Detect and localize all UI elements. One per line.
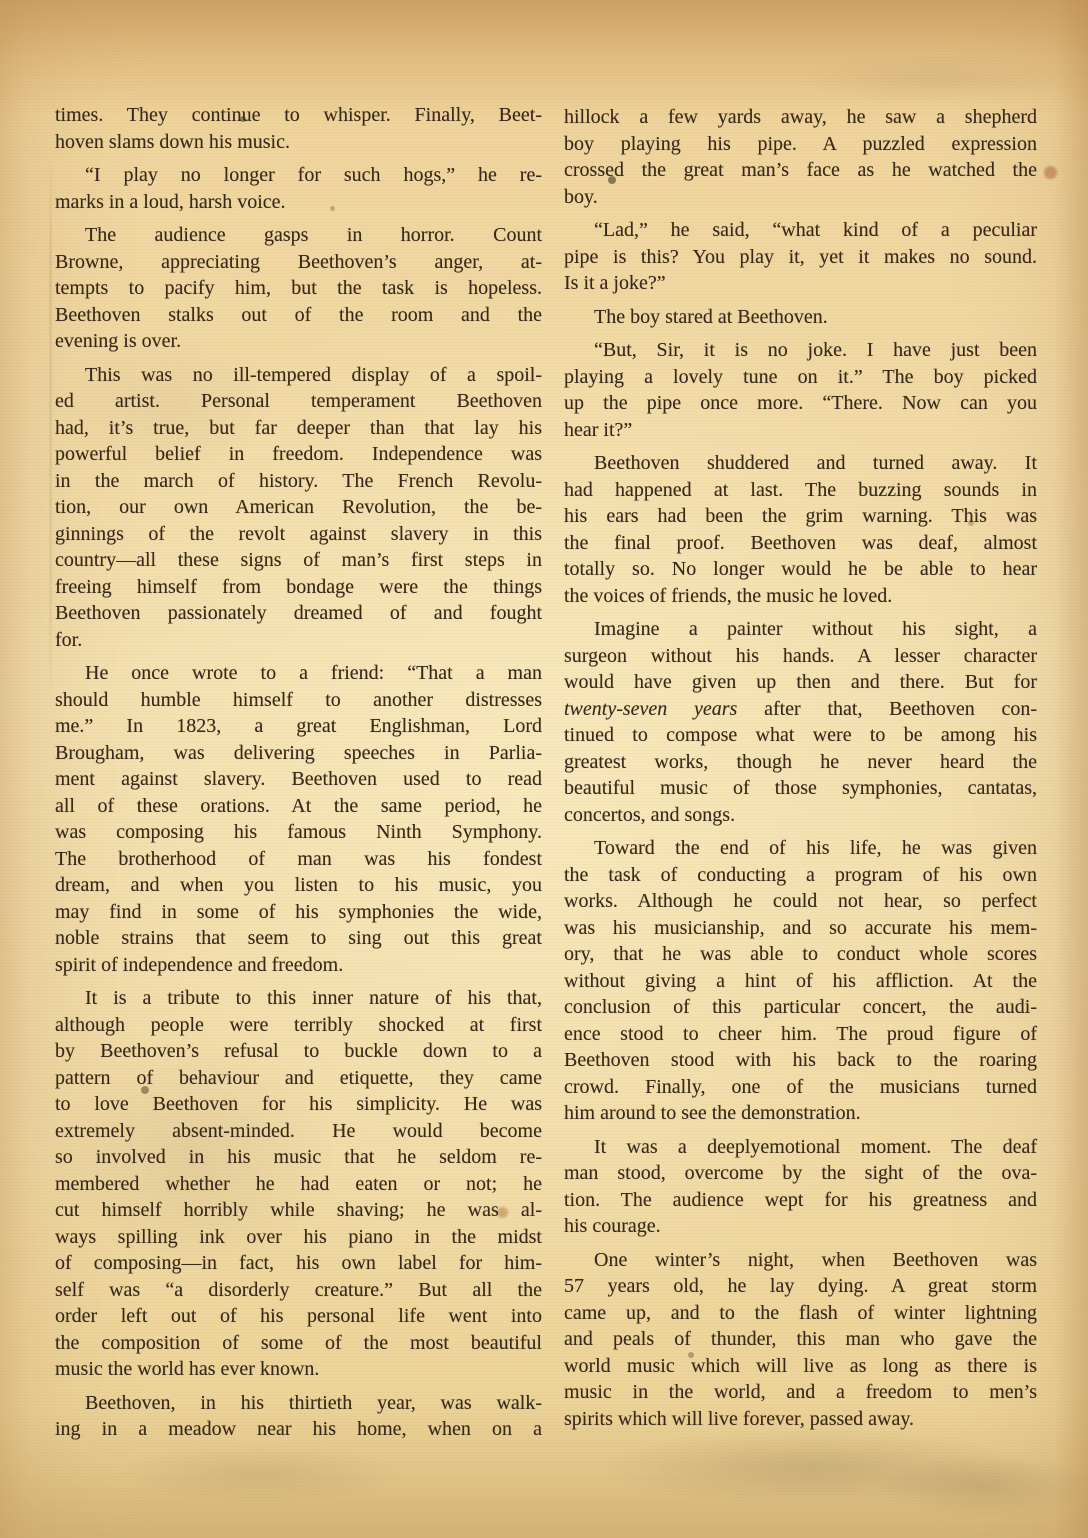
- text-line: music the world has ever known.: [55, 1356, 542, 1383]
- text-line: was his musicianship, and so accurate hi…: [564, 915, 1037, 942]
- text-line: his ears had been the grim warning. This…: [564, 503, 1037, 530]
- text-line: boy playing his pipe. A puzzled expressi…: [564, 131, 1037, 158]
- paragraph: Toward the end of his life, he was given…: [564, 835, 1037, 1127]
- text-line: order left out of his personal life went…: [55, 1303, 542, 1330]
- text-line: tempts to pacify him, but the task is ho…: [55, 275, 542, 302]
- text-line: greatest works, though he never heard th…: [564, 749, 1037, 776]
- text-line: him around to see the demonstration.: [564, 1100, 1037, 1127]
- text-line: This was no ill-tempered display of a sp…: [55, 362, 542, 389]
- paragraph: hillock a few yards away, he saw a sheph…: [564, 104, 1037, 210]
- text-line: to love Beethoven for his simplicity. He…: [55, 1091, 542, 1118]
- text-line: had, it’s true, but far deeper than that…: [55, 415, 542, 442]
- text-column-right: hillock a few yards away, he saw a sheph…: [564, 104, 1037, 1439]
- paragraph: Beethoven, in his thirtieth year, was wa…: [55, 1390, 542, 1443]
- text-line: crossed the great man’s face as he watch…: [564, 157, 1037, 184]
- text-line: spirits which will live forever, passed …: [564, 1406, 1037, 1433]
- paragraph: It was a deeplyemotional moment. The dea…: [564, 1134, 1037, 1240]
- text-line: membered whether he had eaten or not; he: [55, 1171, 542, 1198]
- text-line: 57 years old, he lay dying. A great stor…: [564, 1273, 1037, 1300]
- text-line: Beethoven shuddered and turned away. It: [564, 450, 1037, 477]
- paragraph: The boy stared at Beethoven.: [564, 304, 1037, 331]
- text-line: works. Although he could not hear, so pe…: [564, 888, 1037, 915]
- paragraph: times. They continue to whisper. Finally…: [55, 102, 542, 155]
- text-line: “But, Sir, it is no joke. I have just be…: [564, 337, 1037, 364]
- text-line: twenty-seven years after that, Beethoven…: [564, 696, 1037, 723]
- text-line: It is a tribute to this inner nature of …: [55, 985, 542, 1012]
- text-line: beautiful music of those symphonies, can…: [564, 775, 1037, 802]
- text-line: music in the world, and a freedom to men…: [564, 1379, 1037, 1406]
- paragraph: “But, Sir, it is no joke. I have just be…: [564, 337, 1037, 443]
- text-line: totally so. No longer would he be able t…: [564, 556, 1037, 583]
- text-line: was composing his famous Ninth Symphony.: [55, 819, 542, 846]
- text-line: Beethoven passionately dreamed of and fo…: [55, 600, 542, 627]
- text-line: playing a lovely tune on it.” The boy pi…: [564, 364, 1037, 391]
- text-line: The audience gasps in horror. Count: [55, 222, 542, 249]
- paper-stain: [800, 55, 1070, 105]
- text-line: the voices of friends, the music he love…: [564, 583, 1037, 610]
- text-line: country—all these signs of man’s first s…: [55, 547, 542, 574]
- text-line: hillock a few yards away, he saw a sheph…: [564, 104, 1037, 131]
- paragraph: Beethoven shuddered and turned away. Ith…: [564, 450, 1037, 609]
- paragraph: “Lad,” he said, “what kind of a peculiar…: [564, 217, 1037, 297]
- paragraph: It is a tribute to this inner nature of …: [55, 985, 542, 1383]
- text-line: Is it a joke?”: [564, 270, 1037, 297]
- text-line: the composition of some of the most beau…: [55, 1330, 542, 1357]
- text-line: man stood, overcome by the sight of the …: [564, 1160, 1037, 1187]
- text-line: tion. The audience wept for his greatnes…: [564, 1187, 1037, 1214]
- text-line: The brotherhood of man was his fondest: [55, 846, 542, 873]
- text-line: although people were terribly shocked at…: [55, 1012, 542, 1039]
- text-line: should humble himself to another distres…: [55, 687, 542, 714]
- text-line: Imagine a painter without his sight, a: [564, 616, 1037, 643]
- text-line: the task of conducting a program of his …: [564, 862, 1037, 889]
- text-line: would have given up then and there. But …: [564, 669, 1037, 696]
- text-line: marks in a loud, harsh voice.: [55, 189, 542, 216]
- text-line: cut himself horribly while shaving; he w…: [55, 1197, 542, 1224]
- text-line: me.” In 1823, a great Englishman, Lord: [55, 713, 542, 740]
- text-line: all of these orations. At the same perio…: [55, 793, 542, 820]
- text-line: ways spilling ink over his piano in the …: [55, 1224, 542, 1251]
- text-line: “Lad,” he said, “what kind of a peculiar: [564, 217, 1037, 244]
- paragraph: This was no ill-tempered display of a sp…: [55, 362, 542, 654]
- text-line: spirit of independence and freedom.: [55, 952, 542, 979]
- text-line: hoven slams down his music.: [55, 129, 542, 156]
- text-line: surgeon without his hands. A lesser char…: [564, 643, 1037, 670]
- text-line: Beethoven stood with his back to the roa…: [564, 1047, 1037, 1074]
- text-line: up the pipe once more. “There. Now can y…: [564, 390, 1037, 417]
- text-line: It was a deeplyemotional moment. The dea…: [564, 1134, 1037, 1161]
- text-line: pipe is this? You play it, yet it makes …: [564, 244, 1037, 271]
- text-line: world music which will live as long as t…: [564, 1353, 1037, 1380]
- text-line: Toward the end of his life, he was given: [564, 835, 1037, 862]
- text-line: powerful belief in freedom. Independence…: [55, 441, 542, 468]
- text-line: hear it?”: [564, 417, 1037, 444]
- text-line: dream, and when you listen to his music,…: [55, 872, 542, 899]
- magazine-text-page: times. They continue to whisper. Finally…: [0, 0, 1088, 1538]
- paragraph: One winter’s night, when Beethoven was57…: [564, 1247, 1037, 1433]
- text-line: ginnings of the revolt against slavery i…: [55, 521, 542, 548]
- text-line: freeing himself from bondage were the th…: [55, 574, 542, 601]
- text-line: self was “a disorderly creature.” But al…: [55, 1277, 542, 1304]
- paper-stain: [600, 1430, 1030, 1505]
- text-line: ory, that he was able to conduct whole s…: [564, 941, 1037, 968]
- text-line: may find in some of his symphonies the w…: [55, 899, 542, 926]
- paragraph: He once wrote to a friend: “That a mansh…: [55, 660, 542, 978]
- text-line: evening is over.: [55, 328, 542, 355]
- text-line: noble strains that seem to sing out this…: [55, 925, 542, 952]
- text-line: for.: [55, 627, 542, 654]
- text-line: “I play no longer for such hogs,” he re-: [55, 162, 542, 189]
- text-line: so involved in his music that he seldom …: [55, 1144, 542, 1171]
- text-line: and peals of thunder, this man who gave …: [564, 1326, 1037, 1353]
- text-line: Browne, appreciating Beethoven’s anger, …: [55, 249, 542, 276]
- paper-stain: [120, 1445, 400, 1503]
- text-line: The boy stared at Beethoven.: [564, 304, 1037, 331]
- paragraph: Imagine a painter without his sight, asu…: [564, 616, 1037, 828]
- text-line: Brougham, was delivering speeches in Par…: [55, 740, 542, 767]
- text-line: without giving a hint of his affliction.…: [564, 968, 1037, 995]
- text-line: He once wrote to a friend: “That a man: [55, 660, 542, 687]
- text-line: One winter’s night, when Beethoven was: [564, 1247, 1037, 1274]
- text-line: had happened at last. The buzzing sounds…: [564, 477, 1037, 504]
- red-speck: [1044, 166, 1057, 179]
- text-line: extremely absent-minded. He would become: [55, 1118, 542, 1145]
- text-line: Beethoven, in his thirtieth year, was wa…: [55, 1390, 542, 1417]
- paragraph: “I play no longer for such hogs,” he re-…: [55, 162, 542, 215]
- text-line: Beethoven stalks out of the room and the: [55, 302, 542, 329]
- text-line: ing in a meadow near his home, when on a: [55, 1416, 542, 1443]
- text-line: ment against slavery. Beethoven used to …: [55, 766, 542, 793]
- text-line: crowd. Finally, one of the musicians tur…: [564, 1074, 1037, 1101]
- paper-stain: [880, 1455, 1088, 1517]
- text-line: concertos, and songs.: [564, 802, 1037, 829]
- text-line: ence stood to cheer him. The proud figur…: [564, 1021, 1037, 1048]
- text-line: boy.: [564, 184, 1037, 211]
- paragraph: The audience gasps in horror. CountBrown…: [55, 222, 542, 355]
- text-line: ed artist. Personal temperament Beethove…: [55, 388, 542, 415]
- paper-crease: [49, 150, 52, 710]
- text-line: his courage.: [564, 1213, 1037, 1240]
- text-line: the final proof. Beethoven was deaf, alm…: [564, 530, 1037, 557]
- text-line: tinued to compose what were to be among …: [564, 722, 1037, 749]
- text-line: of composing—in fact, his own label for …: [55, 1250, 542, 1277]
- text-line: pattern of behaviour and etiquette, they…: [55, 1065, 542, 1092]
- text-line: tion, our own American Revolution, the b…: [55, 494, 542, 521]
- text-column-left: times. They continue to whisper. Finally…: [55, 102, 542, 1450]
- text-line: conclusion of this particular concert, t…: [564, 994, 1037, 1021]
- text-line: times. They continue to whisper. Finally…: [55, 102, 542, 129]
- text-line: came up, and to the flash of winter ligh…: [564, 1300, 1037, 1327]
- text-line: in the march of history. The French Revo…: [55, 468, 542, 495]
- text-line: by Beethoven’s refusal to buckle down to…: [55, 1038, 542, 1065]
